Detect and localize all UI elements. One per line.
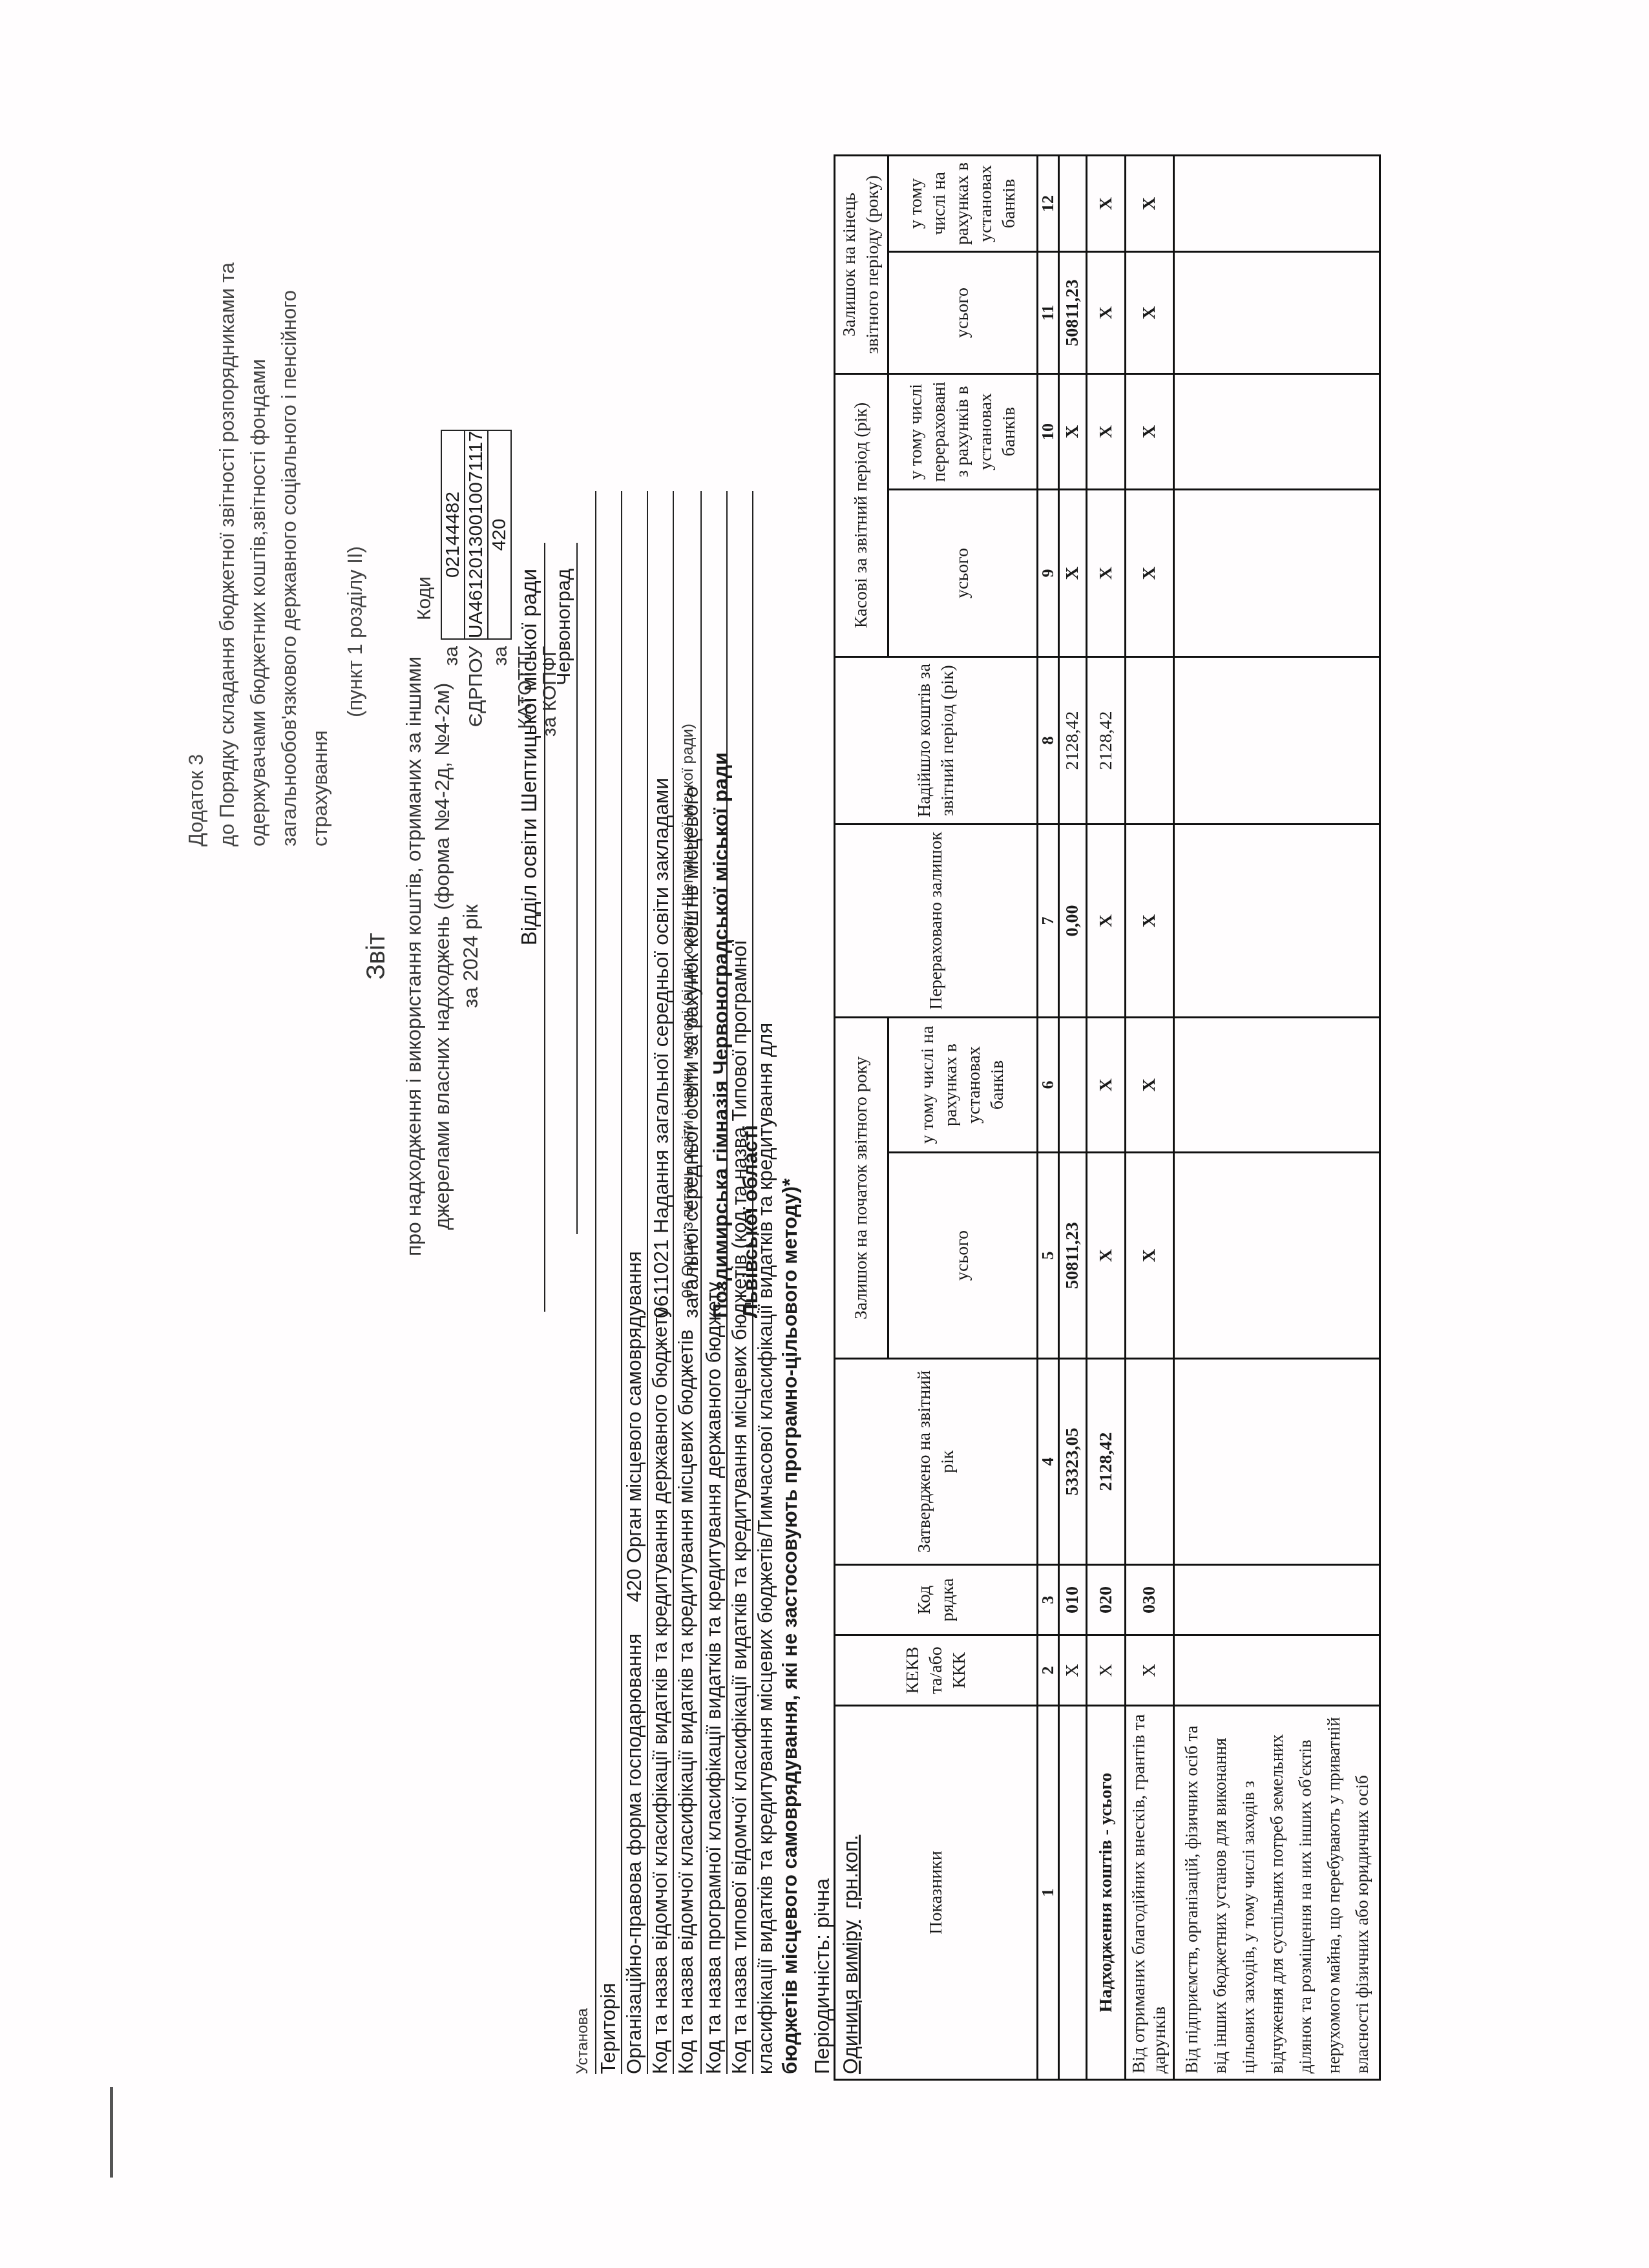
- col-number: 2: [1038, 1635, 1059, 1706]
- table-row: Надходження коштів - усього X 020 2128,4…: [1087, 156, 1126, 2080]
- legal-form-label: Організаційно-правова форма господарюван…: [622, 1633, 647, 2074]
- col-balance-end-total: усього: [888, 252, 1038, 374]
- legal-form-value: 420 Орган місцевого самоврядування: [622, 1251, 647, 1602]
- col-number: 3: [1038, 1565, 1059, 1635]
- col-balance-end-banks: у тому числі на рахунках в установах бан…: [888, 156, 1038, 252]
- col-number: 8: [1038, 657, 1059, 824]
- appendix-line: Додаток 3: [181, 136, 212, 846]
- col-balance-end: Залишок на кінець звітного періоду (року…: [835, 156, 888, 374]
- row-start-banks: [1059, 1018, 1087, 1153]
- appendix-line: до Порядку складання бюджетної звітності…: [212, 136, 243, 846]
- report-title: Звіт: [362, 536, 390, 1376]
- col-number: 9: [1038, 490, 1059, 657]
- row-kekv: [1174, 1635, 1380, 1706]
- table-row: Від отриманих благодійних внесків, грант…: [1126, 156, 1174, 2080]
- row-end-total: 50811,23: [1059, 252, 1087, 374]
- col-number: 12: [1038, 156, 1059, 252]
- territory-field: Територія: [596, 491, 622, 2074]
- prog-class-local-label-3: бюджетів місцевого самоврядування, які н…: [778, 1179, 803, 2074]
- report-page: Додаток 3 до Порядку складання бюджетної…: [0, 0, 1649, 2268]
- codes-table: 02144482 UA46120130010071117 420: [441, 430, 512, 640]
- codes-header: Коди: [414, 576, 436, 620]
- row-label: Надходження коштів - усього: [1087, 1706, 1126, 2080]
- row-label: Від отриманих благодійних внесків, грант…: [1126, 1706, 1174, 2080]
- row-transferred: [1174, 824, 1380, 1018]
- col-number: 5: [1038, 1153, 1059, 1359]
- appendix-line: одержувачами бюджетних коштів,звітності …: [243, 136, 274, 846]
- row-code: [1174, 1565, 1380, 1635]
- org-class-label: Код та назва відомчої класифікації видат…: [648, 1307, 673, 2074]
- row-label: Від підприємств, організацій, фізичних о…: [1174, 1706, 1380, 2080]
- dept-class-label: Код та назва відомчої класифікації видат…: [674, 1330, 698, 2074]
- row-transferred: 0,00: [1059, 824, 1087, 1018]
- col-received: Надійшло коштів за звітний період (рік): [835, 657, 1038, 824]
- col-number: 1: [1038, 1706, 1059, 2080]
- programme-value: 0611021 Надання загальної середньої осві…: [646, 575, 765, 1318]
- programme-line: Поздимирська гімназія Червоноградської м…: [706, 575, 735, 1318]
- periodicity: Періодичність: річна: [808, 1835, 836, 2074]
- row-kekv: X: [1059, 1635, 1087, 1706]
- row-start-banks: X: [1087, 1018, 1126, 1153]
- programme-line: загальної середньої освіти за рахунок ко…: [676, 575, 706, 1318]
- row-end-banks: X: [1126, 156, 1174, 252]
- institution-label: Установа: [571, 2008, 595, 2074]
- col-balance-start-banks: у тому числі на рахунках в установах бан…: [888, 1018, 1038, 1153]
- row-received: 2128,42: [1059, 657, 1087, 824]
- programme-line: 0611021 Надання загальної середньої осві…: [646, 575, 676, 1318]
- row-kekv: X: [1126, 1635, 1174, 1706]
- col-row-code: Код рядка: [835, 1565, 1038, 1635]
- col-number: 11: [1038, 252, 1059, 374]
- row-received: 2128,42: [1087, 657, 1126, 824]
- row-approved: [1174, 1359, 1380, 1565]
- prog-class-local-field-2: бюджетів місцевого самоврядування, які н…: [778, 491, 803, 2074]
- row-end-total: X: [1126, 252, 1174, 374]
- col-kekv: КЕКВ та/або ККК: [835, 1635, 1038, 1706]
- row-end-banks: [1174, 156, 1380, 252]
- row-code: 020: [1087, 1565, 1126, 1635]
- row-start-banks: X: [1126, 1018, 1174, 1153]
- table-row: X 010 53323,05 50811,23 0,00 2128,42 X X…: [1059, 156, 1087, 2080]
- col-indicators: Показники: [835, 1706, 1038, 2080]
- row-start-total: [1174, 1153, 1380, 1359]
- row-cash-total: X: [1087, 490, 1126, 657]
- appendix-line: страхування: [305, 136, 336, 846]
- row-start-banks: [1174, 1018, 1380, 1153]
- row-end-banks: [1059, 156, 1087, 252]
- report-table: Показники КЕКВ та/або ККК Код рядка Затв…: [834, 154, 1381, 2081]
- column-numbers-row: 1 2 3 4 5 6 7 8 9 10 11 12: [1038, 156, 1059, 2080]
- row-code: 030: [1126, 1565, 1174, 1635]
- row-approved: 2128,42: [1087, 1359, 1126, 1565]
- row-approved: 53323,05: [1059, 1359, 1087, 1565]
- institution-value: Відділ освіти Шептицької міської ради: [517, 543, 545, 1312]
- appendix-line: загальнообов'язкового державного соціаль…: [274, 136, 305, 846]
- col-number: 10: [1038, 374, 1059, 490]
- row-start-total: X: [1087, 1153, 1126, 1359]
- code-katottg: UA46120130010071117: [465, 430, 488, 639]
- row-end-total: [1174, 252, 1380, 374]
- row-end-total: X: [1087, 252, 1126, 374]
- col-cash: Касові за звітний період (рік): [835, 374, 888, 657]
- code-kopfg: 420: [488, 430, 511, 639]
- col-balance-start-total: усього: [888, 1153, 1038, 1359]
- col-cash-total: усього: [888, 490, 1038, 657]
- appendix-note: Додаток 3 до Порядку складання бюджетної…: [181, 136, 371, 846]
- col-transferred: Перераховано залишок: [835, 824, 1038, 1018]
- row-start-total: X: [1126, 1153, 1174, 1359]
- report-subtitle: про надходження і використання коштів, о…: [399, 536, 428, 1376]
- row-cash-total: X: [1126, 490, 1174, 657]
- institution-field: Установа: [569, 491, 596, 2074]
- row-kekv: X: [1087, 1635, 1126, 1706]
- table-row: Від підприємств, організацій, фізичних о…: [1174, 156, 1380, 2080]
- col-number: 6: [1038, 1018, 1059, 1153]
- row-end-banks: X: [1087, 156, 1126, 252]
- row-cash-banks: X: [1126, 374, 1174, 490]
- row-cash-banks: X: [1087, 374, 1126, 490]
- row-start-total: 50811,23: [1059, 1153, 1087, 1359]
- col-cash-banks: у тому числі перераховані з рахунків в у…: [888, 374, 1038, 490]
- code-edrpou: 02144482: [441, 430, 465, 639]
- prog-class-state-label: Код та назва програмної класифікації вид…: [702, 1282, 726, 2074]
- col-number: 7: [1038, 824, 1059, 1018]
- scan-binding-mark: [110, 2087, 113, 2178]
- row-transferred: X: [1126, 824, 1174, 1018]
- row-cash-banks: X: [1059, 374, 1087, 490]
- row-label: [1059, 1706, 1087, 2080]
- row-transferred: X: [1087, 824, 1126, 1018]
- territory-label: Територія: [596, 1983, 621, 2074]
- row-cash-total: [1174, 490, 1380, 657]
- row-cash-banks: [1174, 374, 1380, 490]
- row-approved: [1126, 1359, 1174, 1565]
- col-balance-start: Залишок на початок звітного року: [835, 1018, 888, 1359]
- legal-form-field: Організаційно-правова форма господарюван…: [622, 491, 648, 2074]
- col-number: 4: [1038, 1359, 1059, 1565]
- programme-line: Львівської області: [735, 575, 765, 1318]
- row-code: 010: [1059, 1565, 1087, 1635]
- col-approved: Затверджено на звітний рік: [835, 1359, 1038, 1565]
- row-received: [1126, 657, 1174, 824]
- row-received: [1174, 657, 1380, 824]
- row-cash-total: X: [1059, 490, 1087, 657]
- code-label: за ЄДРПОУ: [439, 646, 488, 743]
